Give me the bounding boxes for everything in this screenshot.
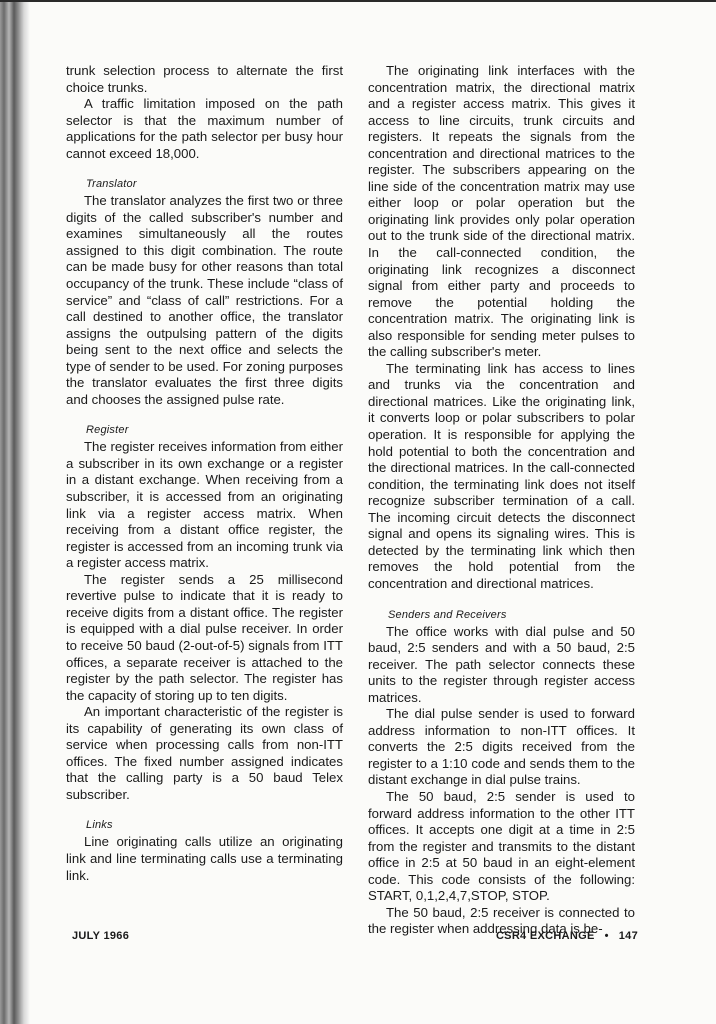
section-heading-translator: Translator [86,177,343,192]
paragraph: The register sends a 25 millisecond reve… [66,572,343,704]
paragraph: The register receives information from e… [66,439,343,571]
footer-running-title: CSR4 EXCHANGE•147 [482,930,638,942]
right-column: The originating link interfaces with the… [368,63,635,938]
paragraph: The office works with dial pulse and 50 … [368,624,635,707]
paragraph: A traffic limitation imposed on the path… [66,96,343,162]
page-binding-shadow [0,0,30,1024]
scan-top-border [0,0,716,2]
footer-date: JULY 1966 [72,930,129,942]
section-heading-links: Links [86,818,343,833]
section-heading-register: Register [86,423,343,438]
paragraph: The translator analyzes the first two or… [66,193,343,408]
paragraph: The dial pulse sender is used to forward… [368,706,635,789]
bullet-separator: • [605,930,609,942]
left-column: trunk selection process to alternate the… [66,63,343,884]
paragraph: The terminating link has access to lines… [368,361,635,593]
paragraph: trunk selection process to alternate the… [66,63,343,96]
section-heading-senders-and-receivers: Senders and Receivers [388,608,635,623]
paragraph: The originating link interfaces with the… [368,63,635,361]
paragraph: Line originating calls utilize an origin… [66,834,343,884]
paragraph: The 50 baud, 2:5 sender is used to forwa… [368,789,635,905]
page-number: 147 [619,930,638,942]
running-title: CSR4 EXCHANGE [496,930,595,942]
paragraph: An important characteristic of the regis… [66,704,343,803]
